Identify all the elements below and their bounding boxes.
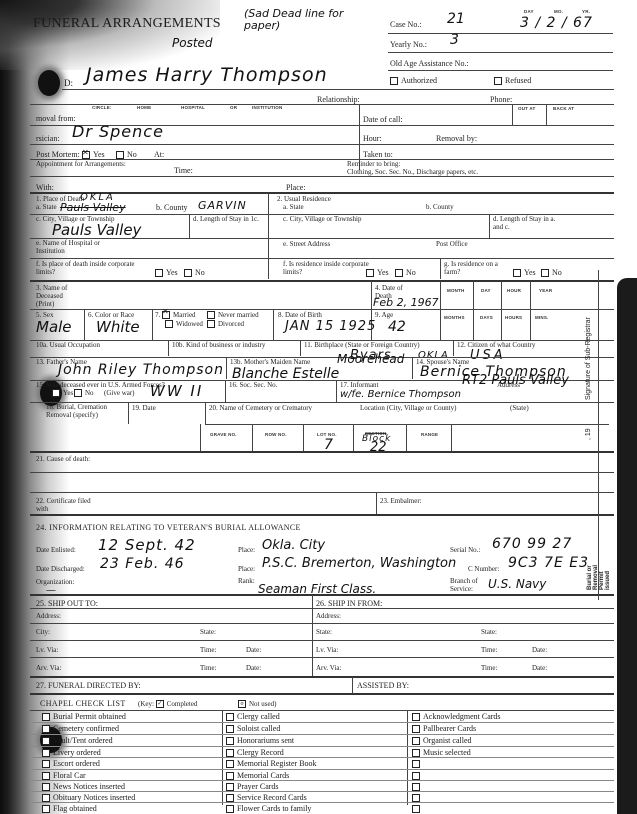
checklist-item[interactable]: Prayer Cards (226, 782, 279, 791)
handwritten-posted: Posted (172, 36, 213, 50)
removal-by-label: Removal by: (436, 134, 477, 143)
serial-label: Serial No.: (450, 546, 480, 554)
assisted-by-label: ASSISTED BY: (357, 681, 409, 690)
checklist-item[interactable]: Escort ordered (42, 759, 100, 768)
ship-in-arv-label: Arv. Via: (316, 664, 341, 672)
informant-address-value[interactable]: RT2 Pauls Valley (462, 374, 582, 387)
sub-registrar-year-label: , 19 (585, 428, 592, 440)
armed-yes[interactable]: Yes (52, 389, 73, 397)
ship-in-address-label: Address: (316, 612, 341, 620)
checklist-item[interactable]: Vault/Tent ordered (42, 736, 113, 745)
circle-home[interactable]: HOME (137, 105, 151, 110)
rank-label: Rank: (238, 577, 255, 585)
cemetery-label: 20. Name of Cemetery or Crematory (209, 404, 312, 412)
checklist-title: CHAPEL CHECK LIST (40, 699, 126, 708)
pod-city-value[interactable]: Pauls Valley (52, 221, 141, 239)
checklist-key-not-used: oNot used) (238, 700, 276, 708)
dod-value[interactable]: Feb 2, 1967 (373, 296, 439, 309)
checkbox[interactable] (42, 772, 50, 780)
pod-inside-limits-label: f. Is place of death inside corporate li… (36, 260, 136, 276)
checklist-item[interactable] (412, 804, 423, 813)
embalmer-label: 23. Embalmer: (380, 497, 422, 505)
checklist-item[interactable]: Soloist called (226, 724, 280, 733)
name-print-label: 3. Name of Deceased (Print) (36, 284, 76, 308)
enlisted-place-label: Place: (238, 546, 255, 554)
checkbox[interactable] (412, 794, 420, 802)
post-mortem-yes[interactable]: Yes (82, 150, 105, 159)
burial-label: 18. Burial, Cremation Removal (specify) (46, 403, 126, 419)
sex-value[interactable]: Male (36, 318, 72, 336)
enlisted-place-value[interactable]: Okla. City (262, 538, 325, 553)
ship-in-lv-label: Lv. Via: (316, 646, 338, 654)
yearly-no-label: Yearly No.: (390, 40, 427, 49)
armed-no-checkbox[interactable] (74, 389, 82, 397)
checkbox[interactable] (42, 760, 50, 768)
divorced-checkbox[interactable] (207, 320, 215, 328)
refused-checkbox[interactable] (494, 77, 502, 85)
hospital-label: e. Name of Hospital or Institution (36, 239, 116, 255)
informant-label: 17. Informant (340, 381, 379, 389)
claim-label: C Number: (468, 565, 499, 573)
checkbox[interactable] (412, 760, 420, 768)
veteran-heading: 24. INFORMATION RELATING TO VETERAN'S BU… (36, 523, 301, 532)
out-at-label: OUT AT (518, 106, 535, 111)
pod-limits-no[interactable]: No (184, 268, 205, 277)
scan-shadow-top (0, 0, 220, 70)
sub-registrar-signature-label: Signature of Sub-Registrar (585, 317, 592, 400)
farm-yes[interactable]: Yes (513, 268, 536, 277)
checklist-item[interactable]: Pallbearer Cards (412, 724, 476, 733)
checkbox[interactable] (226, 737, 234, 745)
dod-col-year: YEAR (539, 288, 552, 293)
checklist-item[interactable]: Music selected (412, 748, 471, 757)
farm-no-checkbox[interactable] (541, 269, 549, 277)
checklist-item[interactable] (412, 771, 423, 780)
state-label: (State) (510, 404, 529, 412)
checkbox[interactable] (226, 749, 234, 757)
discharged-place-label: Place: (238, 565, 255, 573)
ship-in-arv-date-label: Date: (532, 664, 547, 672)
discharged-value[interactable]: 23 Feb. 46 (100, 556, 185, 572)
location-label: Location (City, Village or County) (360, 404, 456, 412)
ship-out-label: 25. SHIP OUT TO: (36, 599, 98, 608)
widowed-checkbox[interactable] (165, 320, 173, 328)
hour-label: Hour: (363, 134, 382, 143)
checklist-item[interactable]: Livery ordered (42, 748, 101, 757)
checklist-item[interactable]: Flag obtained (42, 804, 97, 813)
discharged-label: Date Discharged: (36, 565, 85, 573)
ship-in-arv-time-label: Time: (481, 664, 497, 672)
date-col-month: MO. (554, 9, 563, 14)
circle-institution[interactable]: INSTITUTION (252, 105, 282, 110)
old-age-label: Old Age Assistance No.: (390, 59, 469, 68)
age-label: 9. Age (375, 311, 393, 319)
grave-no-label: GRAVE NO. (210, 432, 237, 437)
cause-label: 21. Cause of death: (36, 455, 90, 463)
arrangement-date-value[interactable]: 3 / 2 / 67 (520, 15, 593, 31)
give-war-label: (Give war) (104, 389, 135, 397)
street-label: e. Street Address (283, 240, 330, 248)
age-col-hours: HOURS (505, 315, 522, 320)
pod-limits-yes[interactable]: Yes (155, 268, 178, 277)
place-label: Place: (286, 183, 306, 192)
ship-in-lv-date-label: Date: (532, 646, 547, 654)
marital-married[interactable]: 7. Married (155, 311, 196, 319)
usual-residence-label: 2. Usual Residence (277, 195, 331, 203)
checkbox[interactable] (42, 725, 50, 733)
ship-out-arv-label: Arv. Via: (36, 664, 61, 672)
checkbox[interactable] (226, 760, 234, 768)
date-of-call-label: Date of call: (363, 115, 403, 124)
checkbox[interactable] (226, 794, 234, 802)
checklist-item[interactable]: Service Record Cards (226, 793, 307, 802)
range-label: RANGE (421, 432, 438, 437)
checklist-item[interactable]: Clergy called (226, 712, 280, 721)
post-office-label: Post Office (436, 240, 468, 248)
dob-label: 8. Date of Birth (278, 311, 322, 319)
age-value[interactable]: 42 (388, 319, 406, 335)
armed-forces-label: 15. Was deceased ever in U.S. Armed Forc… (36, 381, 165, 389)
ship-out-city-label: City: (36, 628, 50, 636)
farm-yes-checkbox[interactable] (513, 269, 521, 277)
checklist-item[interactable]: Flower Cards to family (226, 804, 311, 813)
res-county-label: b. County (426, 203, 454, 211)
dob-value[interactable]: JAN 15 1925 (285, 319, 376, 334)
marital-widowed[interactable]: Widowed (165, 320, 203, 328)
ship-in-lv-time-label: Time: (481, 646, 497, 654)
authorized-option[interactable]: Authorized (390, 76, 437, 85)
checkbox[interactable] (412, 713, 420, 721)
enlisted-value[interactable]: 12 Sept. 42 (98, 536, 196, 554)
checkbox[interactable] (412, 737, 420, 745)
refused-option[interactable]: Refused (494, 76, 531, 85)
res-inside-limits-label: f. Is residence inside corporate limits? (283, 260, 378, 276)
mother-label: 13b. Mother's Maiden Name (230, 358, 310, 366)
row-no-label: ROW NO. (265, 432, 287, 437)
res-limits-yes[interactable]: Yes (366, 268, 389, 277)
enlisted-label: Date Enlisted: (36, 546, 76, 554)
checklist-item[interactable] (412, 759, 423, 768)
res-length-label: d. Length of Stay in a. and c. (493, 215, 563, 231)
res-limits-no-checkbox[interactable] (395, 269, 403, 277)
taken-to-label: Taken to: (363, 150, 393, 159)
dod-col-day: DAY (481, 288, 491, 293)
res-limits-no[interactable]: No (395, 268, 416, 277)
appointment-label: Appointment for Arrangements: (36, 160, 126, 168)
permit-issued-label: Burial or Removal Permit issued (587, 560, 611, 590)
war-value[interactable]: WW II (150, 382, 203, 400)
occupation-label: 10a. Usual Occupation (36, 341, 100, 349)
checkbox[interactable] (42, 713, 50, 721)
checklist-item[interactable]: Acknowledgment Cards (412, 712, 501, 721)
punch-hole-top (38, 70, 60, 96)
deceased-label: D: (64, 78, 73, 88)
checkbox[interactable] (412, 805, 420, 813)
post-mortem-label: Post Mortem: (36, 150, 80, 159)
pod-state-struck: Pauls Valley (60, 201, 126, 214)
discharged-place-value[interactable]: P.S.C. Bremerton, Washington (262, 556, 456, 571)
checklist-item[interactable]: Honorariums sent (226, 736, 294, 745)
res-city-label: c. City, Village or Township (283, 215, 361, 223)
pod-state-label: a. State (36, 203, 57, 211)
key-not-used-icon: o (238, 700, 246, 708)
funeral-directed-label: 27. FUNERAL DIRECTED BY: (36, 681, 141, 690)
age-col-months: MONTHS (444, 315, 465, 320)
business-label: 10b. Kind of business or industry (172, 341, 265, 349)
checkbox[interactable] (226, 772, 234, 780)
checkbox[interactable] (226, 805, 234, 813)
post-mortem-no[interactable]: No (116, 150, 137, 159)
checkbox[interactable] (42, 805, 50, 813)
physician-label: rsician: (36, 134, 60, 143)
res-limits-yes-checkbox[interactable] (366, 269, 374, 277)
checkbox[interactable] (412, 749, 420, 757)
scan-edge-right (617, 278, 637, 814)
ship-out-state-label: State: (200, 628, 216, 636)
checklist-item[interactable]: Burial Permit obtained (42, 712, 126, 721)
serial-value[interactable]: 670 99 27 (492, 536, 572, 552)
ship-out-lv-label: Lv. Via: (36, 646, 58, 654)
dod-col-month: MONTH (447, 288, 465, 293)
reminder-text: Clothing, Soc. Sec. No., Discharge paper… (347, 168, 478, 176)
ship-out-lv-date-label: Date: (246, 646, 261, 654)
checkbox[interactable] (412, 783, 420, 791)
back-at-label: BACK AT (553, 106, 574, 111)
branch-label: Branch of Service: (450, 577, 490, 593)
pod-length-label: d. Length of Stay in 1c. (193, 215, 263, 223)
burial-date-label: 19. Date (132, 404, 156, 412)
handwritten-note: (Sad Dead line for paper) (244, 8, 364, 32)
checklist-item[interactable]: Organist called (412, 736, 472, 745)
pod-limits-no-checkbox[interactable] (184, 269, 192, 277)
ship-out-arv-date-label: Date: (246, 664, 261, 672)
checklist-item[interactable] (412, 782, 423, 791)
checkbox[interactable] (42, 737, 50, 745)
checklist-item[interactable]: News Notices inserted (42, 782, 125, 791)
with-label: With: (36, 183, 54, 192)
ssn-label: 16. Soc. Sec. No. (229, 381, 277, 389)
key-completed-icon: ✓ (156, 700, 164, 708)
certificate-label: 22. Certificate filed with (36, 497, 96, 513)
at-label: At: (154, 150, 164, 159)
date-col-day: DAY (524, 9, 534, 14)
checkbox[interactable] (412, 725, 420, 733)
checklist-item[interactable]: Floral Car (42, 771, 86, 780)
dod-col-hour: HOUR (507, 288, 521, 293)
claim-value[interactable]: 9C3 7E E3 (508, 555, 589, 571)
form-title: FUNERAL ARRANGEMENTS (33, 16, 221, 32)
marital-divorced[interactable]: Divorced (207, 320, 244, 328)
physician-value[interactable]: Dr Spence (72, 122, 164, 141)
branch-value[interactable]: U.S. Navy (488, 577, 546, 591)
armed-yes-checkbox[interactable] (52, 389, 60, 397)
date-col-year: YR. (582, 9, 590, 14)
race-value[interactable]: White (96, 318, 140, 336)
relationship-label: Relationship: (317, 95, 360, 104)
post-mortem-yes-checkbox[interactable] (82, 151, 90, 159)
checklist-item[interactable]: Cemetery confirmed (42, 724, 119, 733)
checklist-item[interactable]: Memorial Cards (226, 771, 289, 780)
case-no-value[interactable]: 21 (447, 11, 465, 27)
checkbox[interactable] (412, 772, 420, 780)
circle-or: OR (230, 105, 237, 110)
circle-label: CIRCLE: (92, 105, 112, 110)
citizen-value[interactable]: USA (470, 348, 506, 363)
father-value[interactable]: John Riley Thompson (58, 362, 224, 378)
marital-never-married[interactable]: Never married (207, 311, 259, 319)
checkbox[interactable] (42, 794, 50, 802)
yearly-no-value[interactable]: 3 (450, 32, 459, 48)
married-checkbox[interactable] (162, 311, 170, 319)
pod-county-value[interactable]: GARVIN (198, 199, 247, 212)
ship-out-address-label: Address: (36, 612, 61, 620)
circle-hospital[interactable]: HOSPITAL (181, 105, 205, 110)
pod-limits-yes-checkbox[interactable] (155, 269, 163, 277)
informant-value[interactable]: w/fe. Bernice Thompson (340, 389, 461, 400)
authorized-checkbox[interactable] (390, 77, 398, 85)
checkbox[interactable] (226, 725, 234, 733)
age-col-mins: MINS. (535, 315, 549, 320)
mother-maiden-value[interactable]: Moorehead (337, 352, 404, 366)
never-married-checkbox[interactable] (207, 311, 215, 319)
checklist-item[interactable]: Memorial Register Book (226, 759, 317, 768)
appointment-time-label: Time: (174, 166, 193, 175)
age-col-days: DAYS (480, 315, 493, 320)
deceased-name-value[interactable]: James Harry Thompson (86, 64, 328, 86)
checklist-item[interactable]: Clergy Record (226, 748, 284, 757)
checkbox[interactable] (226, 783, 234, 791)
post-mortem-no-checkbox[interactable] (116, 151, 124, 159)
ship-out-arv-time-label: Time: (200, 664, 216, 672)
ship-out-lv-time-label: Time: (200, 646, 216, 654)
ship-in-state-label-2: State: (481, 628, 497, 636)
checkbox[interactable] (42, 783, 50, 791)
farm-label: g. Is residence on a farm? (444, 260, 499, 276)
phone-label: Phone: (490, 95, 512, 104)
armed-no[interactable]: No (74, 389, 94, 397)
farm-no[interactable]: No (541, 268, 562, 277)
ship-in-state-label-1: State: (316, 628, 332, 636)
ship-in-label: 26. SHIP IN FROM: (316, 599, 382, 608)
checkbox[interactable] (226, 713, 234, 721)
case-no-label: Case No.: (390, 20, 422, 29)
reminder-label: Reminder to bring: (347, 160, 400, 168)
removal-from-label: moval from: (36, 114, 76, 123)
checklist-item[interactable]: Obituary Notices inserted (42, 793, 135, 802)
checklist-item[interactable] (412, 793, 423, 802)
checklist-key: (Key: ✓Completed (138, 700, 197, 708)
res-state-label: a. State (283, 203, 304, 211)
pod-county-label: b. County (156, 203, 188, 212)
checkbox[interactable] (42, 749, 50, 757)
